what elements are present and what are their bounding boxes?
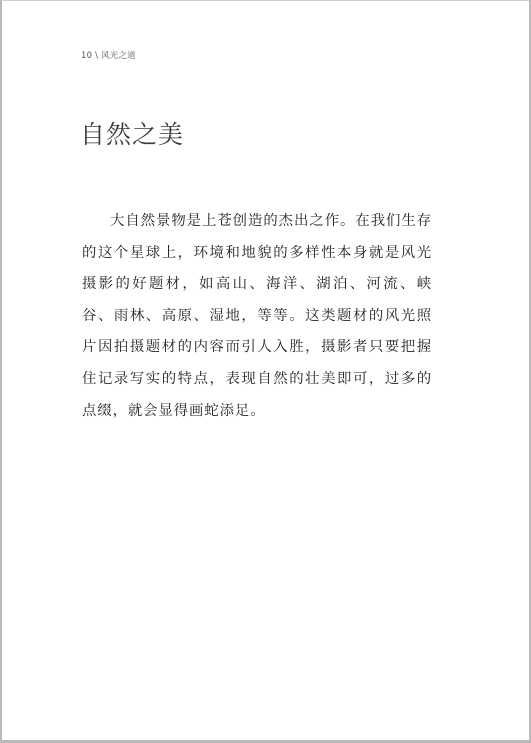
section-title: 自然之美: [80, 115, 184, 151]
body-paragraph: 大自然景物是上苍创造的杰出之作。在我们生存的这个星球上，环境和地貌的多样性本身就…: [82, 206, 432, 427]
running-header: 10 \ 风光之道: [81, 49, 136, 61]
document-page: 10 \ 风光之道 自然之美 大自然景物是上苍创造的杰出之作。在我们生存的这个星…: [0, 0, 531, 743]
